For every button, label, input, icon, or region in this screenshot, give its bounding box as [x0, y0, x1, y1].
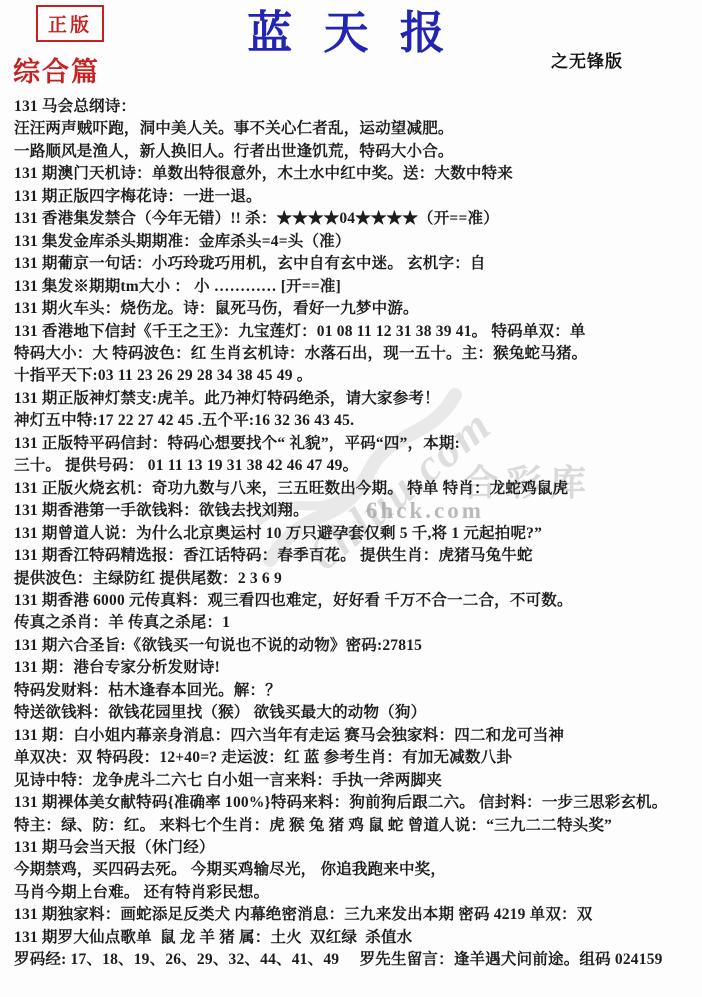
- report-line: 131 期澳门天机诗：单数出特很意外，木土水中红中奖。送：大数中特来: [14, 163, 698, 185]
- report-line: 131 期：港台专家分析发财诗!: [14, 657, 698, 679]
- report-line: 单双决：双 特码段：12+40=? 走运波：红 蓝 参考生肖：有加无减数八卦: [14, 747, 698, 769]
- report-line: 神灯五中特:17 22 27 42 45 .五个平:16 32 36 43 45…: [14, 410, 698, 432]
- report-line: 马肖今期上台难。 还有特肖彩民想。: [14, 882, 698, 904]
- report-line: 131 正版特平码信封：特码心想要找个“ 礼貌”，平码“四”，本期:: [14, 433, 698, 455]
- report-line: 特主：绿、防：红。 来料七个生肖：虎 猴 兔 猪 鸡 鼠 蛇 曾道人说：“三九二…: [14, 815, 698, 837]
- report-line: 一路顺风是渔人，新人换旧人。行者出世逢饥荒，特码大小合。: [14, 141, 698, 163]
- report-line: 131 期独家料：画蛇添足反类犬 内幕绝密消息：三九来发出本期 密码 4219 …: [14, 904, 698, 926]
- report-line: 十指平天下:03 11 23 26 29 28 34 38 45 49 。: [14, 365, 698, 387]
- report-line: 131 期香江特码精选报：香江话特码：春季百花。 提供生肖：虎猪马兔牛蛇: [14, 545, 698, 567]
- report-line: 今期禁鸡，买四码去死。 今期买鸡输尽光， 你追我跑来中奖，: [14, 859, 698, 881]
- report-line: 见诗中特：龙争虎斗二六七 白小姐一言来料：手执一斧两脚夹: [14, 770, 698, 792]
- report-line: 131 期正版神灯禁支:虎羊。此乃神灯特码绝杀，请大家参考！: [14, 388, 698, 410]
- report-line: 131 期：白小姐内幕亲身消息：四六当年有走运 赛马会独家料：四二和龙可当神: [14, 725, 698, 747]
- report-line: 汪汪两声贼吓跑，洞中美人关。事不关心仁者乱，运动望减肥。: [14, 118, 698, 140]
- report-line: 131 期正版四字梅花诗：一进一退。: [14, 186, 698, 208]
- report-line: 罗码经: 17、18、19、26、29、32、44、41、49 罗先生留言：逢羊…: [14, 949, 698, 971]
- report-line: 131 集发金库杀头期期准：金库杀头=4=头（准）: [14, 231, 698, 253]
- report-line: 特送欲钱料：欲钱花园里找（猴） 欲钱买最大的动物（狗）: [14, 702, 698, 724]
- report-line: 131 期香港 6000 元传真料：观三看四也难定，好好看 千万不合一二合，不可…: [14, 590, 698, 612]
- report-line: 131 期马会当天报（休门经）: [14, 837, 698, 859]
- report-line: 131 集发※期期tm大小 ： 小 ………… [开==准]: [14, 276, 698, 298]
- report-page: 6hluu.com 合彩库 6hck.com 正版 蓝 天 报 之无锋版 综合篇…: [0, 0, 702, 997]
- report-line: 131 马会总纲诗：: [14, 96, 698, 118]
- report-line: 131 正版火烧玄机：奇功九数与八来，三五旺数出今期。 特单 特肖：龙蛇鸡鼠虎: [14, 478, 698, 500]
- report-line: 131 期曾道人说：为什么北京奥运村 10 万只避孕套仅剩 5 千,将 1 元起…: [14, 523, 698, 545]
- report-line: 特码发财料：枯木逢春本回光。解：？: [14, 680, 698, 702]
- report-line: 131 香港集发禁合（今年无错）!! 杀：★★★★04★★★★（开==准）: [14, 208, 698, 230]
- report-line: 131 期罗大仙点歌单 鼠 龙 羊 猪 属：土火 双红绿 杀值水: [14, 927, 698, 949]
- report-line: 三十。 提供号码： 01 11 13 19 31 38 42 46 47 49。: [14, 455, 698, 477]
- section-title: 综合篇: [13, 50, 100, 89]
- report-line: 提供波色：主绿防红 提供尾数：2 3 6 9: [14, 568, 698, 590]
- report-line: 131 香港地下信封《千王之王》：九宝莲灯：01 08 11 12 31 38 …: [14, 321, 698, 343]
- report-lines: 131 马会总纲诗：汪汪两声贼吓跑，洞中美人关。事不关心仁者乱，运动望减肥。一路…: [14, 96, 698, 972]
- report-line: 131 期香港第一手欲钱料：欲钱去找刘翔。: [14, 500, 698, 522]
- report-line: 特码大小：大 特码波色：红 生肖玄机诗：水落石出，现一五十。主：猴兔蛇马猪。: [14, 343, 698, 365]
- report-line: 131 期火车头：烧伤龙。诗：鼠死马伤，看好一九梦中游。: [14, 298, 698, 320]
- report-line: 传真之杀肖：羊 传真之杀尾：1: [14, 612, 698, 634]
- report-line: 131 期六合圣旨:《欲钱买一句说也不说的动物》密码:27815: [14, 635, 698, 657]
- edition-label: 之无锋版: [551, 47, 623, 72]
- report-line: 131 期葡京一句话：小巧玲珑巧用机，玄中自有玄中迷。 玄机字：自: [14, 253, 698, 275]
- report-line: 131 期裸体美女献特码{准确率 100%}特码来料：狗前狗后跟二六。 信封料：…: [14, 792, 698, 814]
